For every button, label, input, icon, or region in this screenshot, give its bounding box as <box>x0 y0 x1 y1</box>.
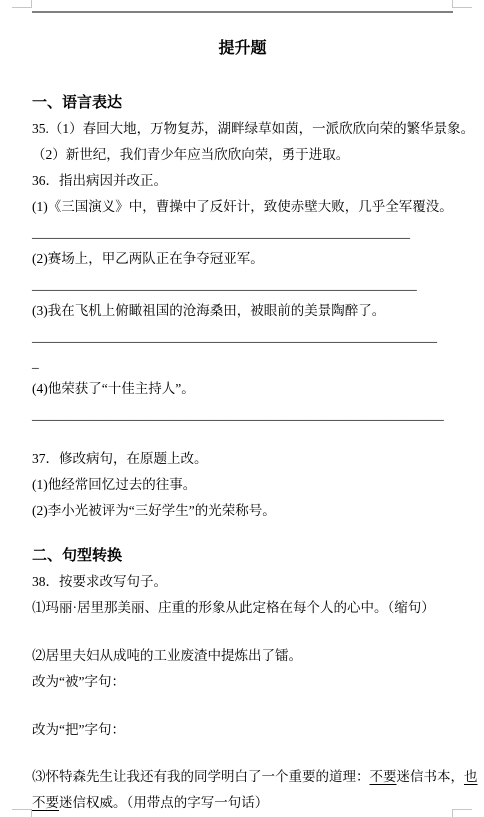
crop-mark-bottom-left <box>12 809 32 810</box>
question-37-item-1: (1)他经常回忆过去的往事。 <box>32 472 453 498</box>
section-1-heading: 一、语言表达 <box>32 90 453 116</box>
page-title: 提升题 <box>32 36 453 62</box>
question-38-item-3-line-1: ⑶怀特森先生让我还有我的同学明白了一个重要的道理：不要迷信书本，也 <box>32 764 453 790</box>
header-rule <box>32 11 453 13</box>
question-37-item-2: (2)李小光被评为“三好学生”的光荣称号。 <box>32 498 453 524</box>
question-36-item-3: (3)我在飞机上俯瞰祖国的沧海桑田，被眼前的美景陶醉了。 <box>32 298 453 324</box>
rewrite-ba-label: 改为“把”字句： <box>32 717 453 743</box>
question-38-item-2: ⑵居里夫妇从成吨的工业废渣中提炼出了镭。 <box>32 643 453 669</box>
question-36-item-1: (1)《三国演义》中，曹操中了反奸计，致使赤壁大败，几乎全军覆没。 <box>32 194 453 220</box>
q38-3-underlined-buyao: 不要 <box>370 769 397 784</box>
question-38-item-1: ⑴玛丽·居里那美丽、庄重的形象从此定格在每个人的心中。（缩句） <box>32 595 453 621</box>
document-page: 提升题 一、语言表达 35.（1）春回大地，万物复苏，湖畔绿草如茵，一派欣欣向荣… <box>0 0 484 817</box>
rewrite-bei-label: 改为“被”字句： <box>32 669 453 695</box>
answer-blank-line: ________________________________________… <box>32 402 453 428</box>
question-37-stem: 37．修改病句，在原题上改。 <box>32 446 453 472</box>
q38-3-underlined-ye: 也 <box>464 769 478 784</box>
q38-3-mid: 迷信书本， <box>397 769 465 784</box>
answer-blank-line: ________________________________________… <box>32 272 453 298</box>
q38-3-post: 迷信权威。（用带点的字写一句话） <box>59 795 268 810</box>
question-36-stem: 36．指出病因并改正。 <box>32 168 453 194</box>
question-35-part-2: （2）新世纪，我们青少年应当欣欣向荣，勇于进取。 <box>32 142 453 168</box>
crop-mark-bottom-right <box>452 809 472 810</box>
answer-blank-line: ________________________________________… <box>32 220 453 246</box>
answer-blank-line-wrap: _ <box>32 350 453 376</box>
q38-3-underlined-buyao-2: 不要 <box>32 795 59 810</box>
question-36-item-4: (4)他荣获了“十佳主持人”。 <box>32 376 453 402</box>
q38-3-pre: ⑶怀特森先生让我还有我的同学明白了一个重要的道理： <box>32 769 370 784</box>
document-body: 提升题 一、语言表达 35.（1）春回大地，万物复苏，湖畔绿草如茵，一派欣欣向荣… <box>32 36 453 816</box>
question-36-item-2: (2)赛场上，甲乙两队正在争夺冠亚军。 <box>32 246 453 272</box>
question-35-part-1: 35.（1）春回大地，万物复苏，湖畔绿草如茵，一派欣欣向荣的繁华景象。 <box>32 116 453 142</box>
question-38-stem: 38．按要求改写句子。 <box>32 569 453 595</box>
answer-blank-line: ________________________________________… <box>32 324 453 350</box>
section-2-heading: 二、句型转换 <box>32 543 453 569</box>
crop-mark-top-right <box>452 7 472 8</box>
question-38-item-3-line-2: 不要迷信权威。（用带点的字写一句话） <box>32 790 453 816</box>
crop-mark-top-left <box>12 7 32 8</box>
